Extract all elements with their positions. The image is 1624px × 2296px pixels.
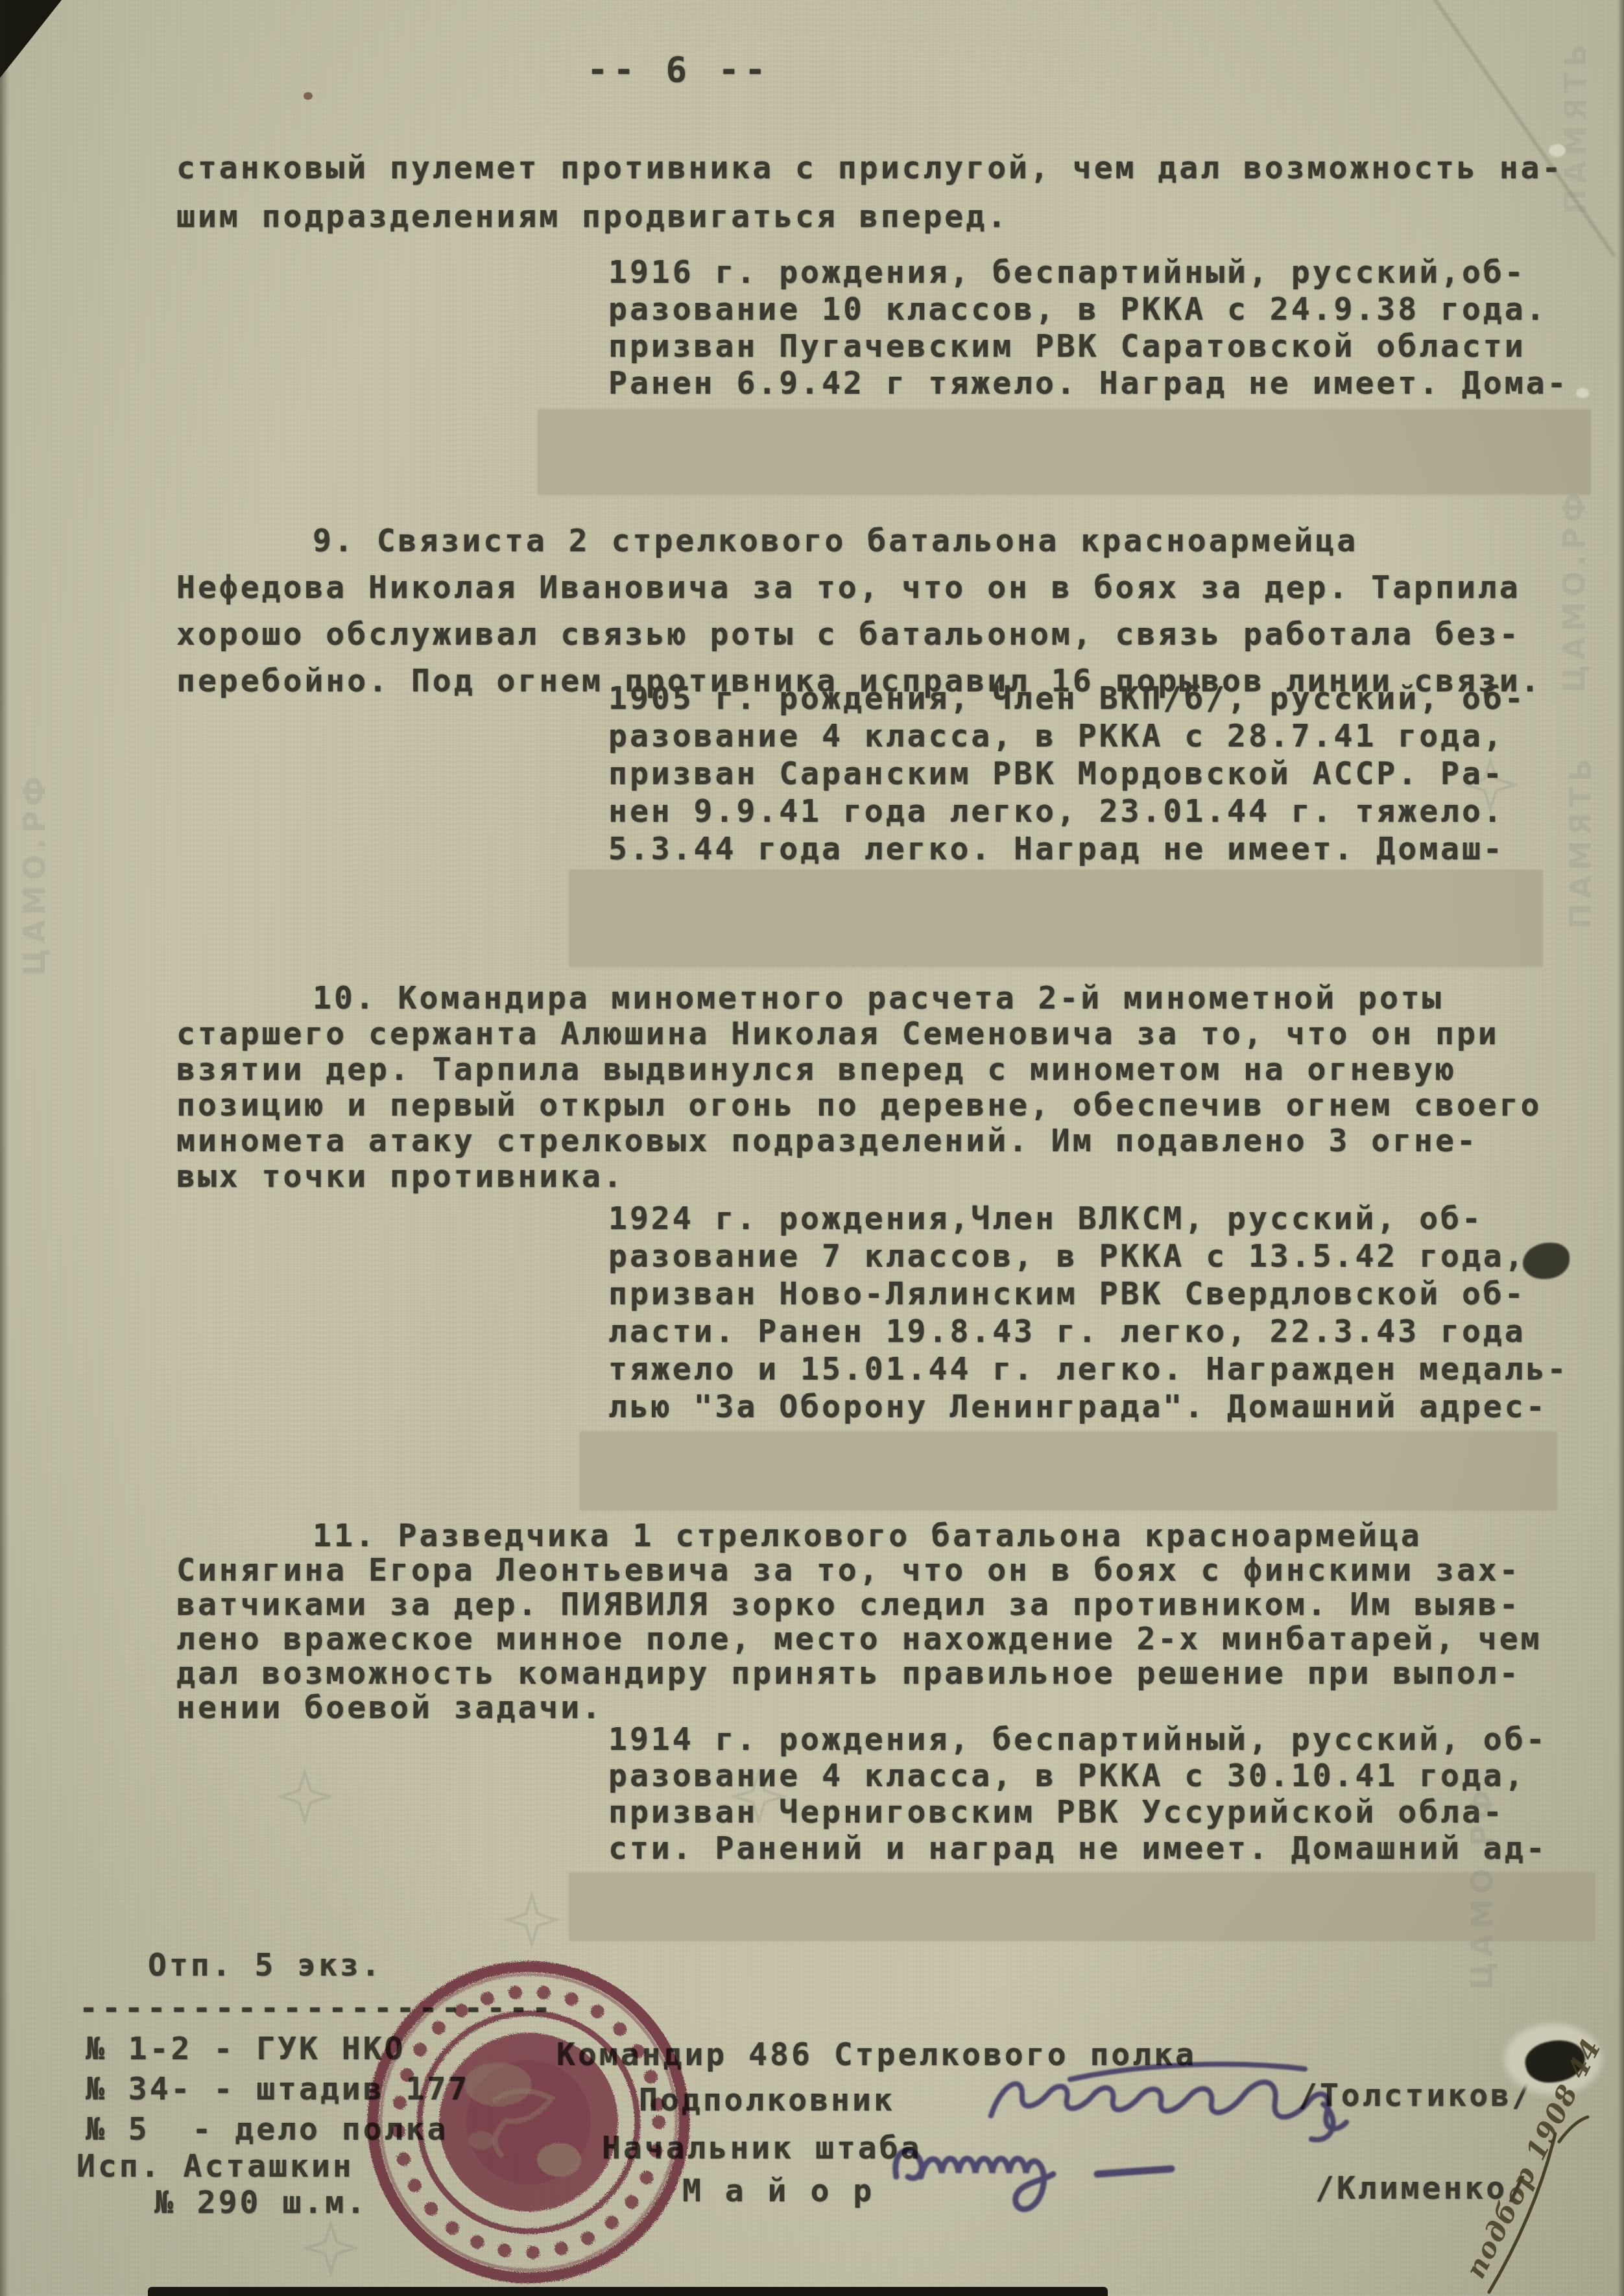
scan-corner-artifact (0, 0, 62, 78)
chief-signature-ink (896, 2150, 1171, 2209)
scan-edge-shadow-left (0, 0, 9, 2296)
scanned-document-page: -- 6 -- станковый пулемет противника с п… (0, 0, 1624, 2296)
scan-bottom-artifact (148, 2287, 1108, 2296)
commander-signature-ink (991, 2064, 1346, 2140)
ink-overlay (0, 0, 1624, 2296)
watermark-stars (280, 760, 1515, 2273)
scan-edge-shadow-right (1618, 0, 1624, 2296)
round-ink-stamp (373, 1967, 684, 2278)
